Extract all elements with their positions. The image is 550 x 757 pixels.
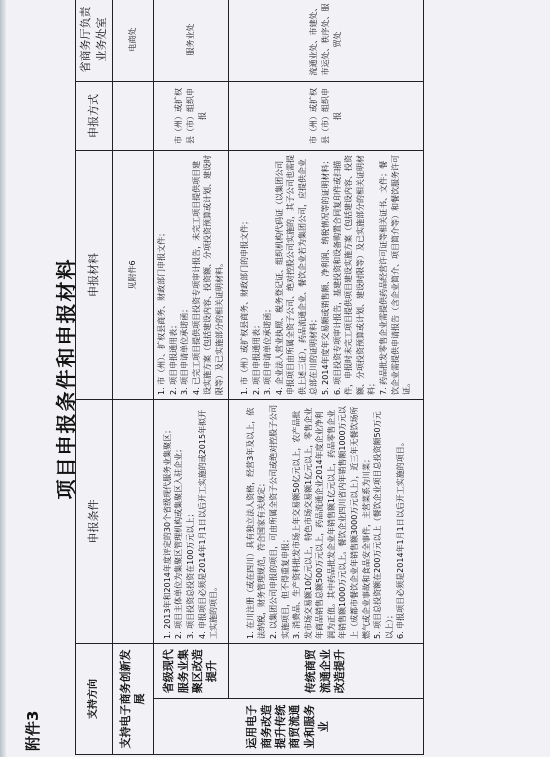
materials-cell: 1. 市（州）或扩权县商务、财政部门的申报文件； 2. 项目申报通用表； 3. …: [228, 151, 423, 400]
material-item: 1. 市（州）或扩权县商务、财政部门的申报文件；: [239, 155, 251, 395]
materials-cell: 见附件6: [112, 151, 153, 400]
material-item: 7. 药品批发零售企业需提供药品经营许可证等相关证书、文件；餐饮企业需提供申请报…: [378, 155, 413, 395]
subdirection-cell: 省级现代服务业集聚区改造提升: [153, 644, 228, 700]
material-item: 4. 已完工项目提供项目投资专项审计报告，未完工项目提供项目建设实施方案（包括建…: [191, 155, 226, 395]
material-item: 2. 项目申报通用表；: [251, 155, 263, 395]
condition-item: 6. 申报项目必须是2014年1月1日以后开工实施的项目。: [395, 404, 407, 639]
direction-cell: 运用电子商务改造提升传统商贸流通业和服务业: [153, 699, 423, 755]
table-row: 支持电子商务创新发展 见附件6 电商处: [112, 0, 153, 755]
material-item: 3. 项目申请单位承诺函；: [262, 155, 274, 395]
condition-item: 3. 消费品、生产资料批发市场上年交易额50亿元以上，农产品批发市场交易额10亿…: [291, 404, 372, 639]
condition-item: 1. 在川注册（或在四川）具有独立法人资格，经营3年及以上，依法纳税，财务管理规…: [245, 404, 268, 639]
condition-item: 4. 申报项目必须是2014年1月1日以后开工实施的或2015年拟开工实施的项目…: [197, 404, 220, 639]
method-cell: 市（州）或扩权县（市）组织申报: [153, 82, 228, 151]
department-cell: 服务业处: [153, 0, 228, 82]
material-item: 3. 项目申请单位承诺函；: [179, 155, 191, 395]
subdirection-cell: 传统商贸流通企业改造提升: [228, 644, 423, 700]
materials-cell: 1. 市（州）、扩权县商务、财政部门申报文件； 2. 项目申报通用表； 3. 项…: [153, 151, 228, 400]
material-item: 6. 项目投资专项审计报告，基建投资和设备购置合同复印件或扫描件，申报时未完工项…: [332, 155, 378, 395]
conditions-cell: 1. 在川注册（或在四川）具有独立法人资格，经营3年及以上，依法纳税，财务管理规…: [228, 400, 423, 644]
method-cell: 市（州）或扩权县（市）组织申报: [228, 82, 423, 151]
condition-item: 2. 项目主体单位为集聚区管理机构或集聚区入驻企业；: [173, 404, 185, 639]
condition-item: 3. 项目投资总投资在100万元以上；: [185, 404, 197, 639]
header-department: 省商务厅负责业务处室: [76, 0, 113, 82]
annex-label: 附件3: [22, 711, 43, 751]
material-item: 4. 企业法人营业执照、税务登记证、组织机构代码证（以集团公司申报项目由所属全资…: [274, 155, 320, 395]
direction-cell: 支持电子商务创新发展: [112, 644, 153, 755]
material-item: 1. 市（州）、扩权县商务、财政部门申报文件；: [156, 155, 168, 395]
conditions-cell: 1. 2013年和2014年度评定的30个省级现代服务业集聚区； 2. 项目主体…: [153, 400, 228, 644]
condition-item: 1. 2013年和2014年度评定的30个省级现代服务业集聚区；: [162, 404, 174, 639]
header-method: 申报方式: [76, 82, 113, 151]
method-cell: [112, 82, 153, 151]
requirements-table: 支持方向 申报条件 申报材料 申报方式 省商务厅负责业务处室 支持电子商务创新发…: [75, 0, 424, 755]
department-cell: 流通业处、市建处、市运处、秩序处、服贸处: [228, 0, 423, 82]
header-conditions: 申报条件: [76, 400, 113, 644]
table-row: 运用电子商务改造提升传统商贸流通业和服务业 省级现代服务业集聚区改造提升 1. …: [153, 0, 228, 755]
material-item: 5. 2014年度年交易额或销售额、净利润、纳税情况等的证明材料；: [320, 155, 332, 395]
header-direction: 支持方向: [76, 644, 113, 755]
department-cell: 电商处: [112, 0, 153, 82]
condition-item: 2. 以集团公司申报的项目，可由所属全资子公司或绝对控股子公司实施项目，但不得重…: [268, 404, 291, 639]
table-row: 传统商贸流通企业改造提升 1. 在川注册（或在四川）具有独立法人资格，经营3年及…: [228, 0, 423, 755]
condition-item: 5. 项目总投资额在200万元以上（餐饮企业项目总投资额50万元以上）；: [372, 404, 395, 639]
header-materials: 申报材料: [76, 151, 113, 400]
material-item: 2. 项目申报通用表；: [168, 155, 180, 395]
table-header-row: 支持方向 申报条件 申报材料 申报方式 省商务厅负责业务处室: [76, 0, 113, 755]
conditions-cell: [112, 400, 153, 644]
rotated-page: 附件3 项目申报条件和申报材料 支持方向 申报条件 申报材料 申报方式 省商务厅…: [0, 0, 550, 757]
